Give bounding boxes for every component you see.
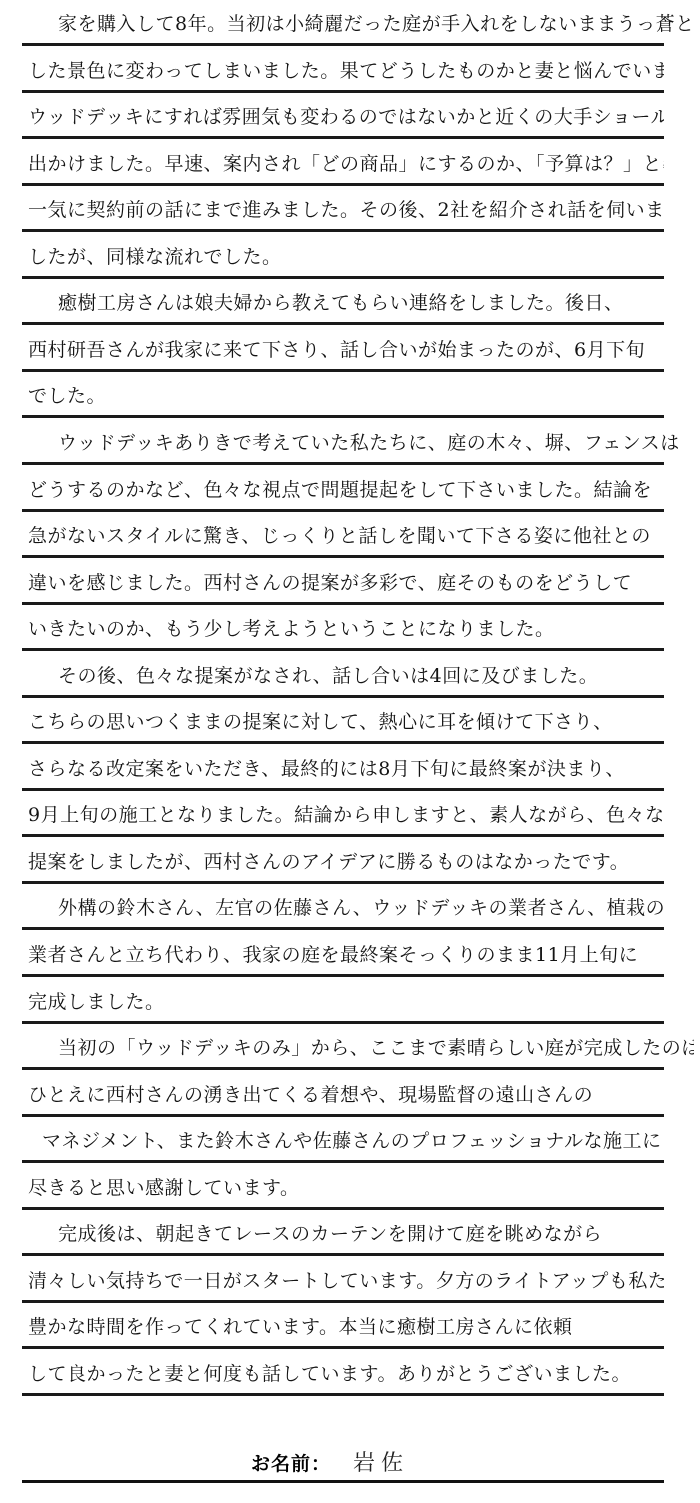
ruled-line [22, 927, 664, 930]
signature-row: お名前： 岩佐 [0, 1440, 700, 1480]
testimonial-sheet: 家を購入して8年。当初は小綺麗だった庭が手入れをしないままうっ蒼とした景色に変わ… [0, 0, 700, 1503]
ruled-line [22, 648, 664, 651]
ruled-line [22, 509, 664, 512]
text-line: して良かったと妻と何度も話しています。ありがとうございました。 [28, 1357, 664, 1391]
text-line: マネジメント、また鈴木さんや佐藤さんのプロフェッショナルな施工に [28, 1124, 678, 1158]
signature-rule [22, 1480, 664, 1483]
text-line: 当初の「ウッドデッキのみ」から、ここまで素晴らしい庭が完成したのは、 [28, 1031, 694, 1065]
text-line: ウッドデッキにすれば雰囲気も変わるのではないかと近くの大手ショールームに [28, 100, 664, 134]
text-line: 清々しい気持ちで一日がスタートしています。夕方のライトアップも私たちに [28, 1264, 664, 1298]
ruled-line [22, 881, 664, 884]
ruled-line [22, 322, 664, 325]
text-line: でした。 [28, 379, 664, 413]
name-label: お名前： [251, 1448, 331, 1480]
ruled-line [22, 415, 664, 418]
ruled-line [22, 369, 664, 372]
text-line: ひとえに西村さんの湧き出てくる着想や、現場監督の遠山さんの [28, 1078, 664, 1112]
ruled-line [22, 136, 664, 139]
ruled-line [22, 555, 664, 558]
text-line: 外構の鈴木さん、左官の佐藤さん、ウッドデッキの業者さん、植栽の [28, 891, 694, 925]
text-line: 業者さんと立ち代わり、我家の庭を最終案そっくりのまま11月上旬に [28, 938, 664, 972]
customer-name: 岩佐 [353, 1448, 409, 1480]
ruled-line [22, 974, 664, 977]
text-line: いきたいのか、もう少し考えようということになりました。 [28, 612, 664, 646]
text-line: その後、色々な提案がなされ、話し合いは4回に及びました。 [28, 659, 694, 693]
text-line: したが、同様な流れでした。 [28, 240, 664, 274]
text-line: 急がないスタイルに驚き、じっくりと話しを聞いて下さる姿に他社との [28, 519, 664, 553]
ruled-line [22, 788, 664, 791]
ruled-line [22, 43, 664, 46]
text-line: 完成しました。 [28, 985, 664, 1019]
ruled-line [22, 1253, 664, 1256]
text-line: 9月上旬の施工となりました。結論から申しますと、素人ながら、色々な [28, 798, 664, 832]
ruled-line [22, 602, 664, 605]
text-line: 一気に契約前の話にまで進みました。その後、2社を紹介され話を伺いま [28, 193, 664, 227]
ruled-line [22, 1160, 664, 1163]
ruled-line [22, 276, 664, 279]
text-line: こちらの思いつくままの提案に対して、熱心に耳を傾けて下さり、 [28, 705, 664, 739]
ruled-line [22, 462, 664, 465]
text-line: した景色に変わってしまいました。果てどうしたものかと妻と悩んでいました。 [28, 54, 664, 88]
text-line: 西村研吾さんが我家に来て下さり、話し合いが始まったのが、6月下旬 [28, 333, 664, 367]
ruled-line [22, 741, 664, 744]
ruled-line [22, 834, 664, 837]
text-line: 尽きると思い感謝しています。 [28, 1171, 664, 1205]
ruled-line [22, 1346, 664, 1349]
ruled-line [22, 1207, 664, 1210]
text-line: ウッドデッキありきで考えていた私たちに、庭の木々、塀、フェンスは [28, 426, 694, 460]
text-line: 癒樹工房さんは娘夫婦から教えてもらい連絡をしました。後日、 [28, 286, 694, 320]
text-line: さらなる改定案をいただき、最終的には8月下旬に最終案が決まり、 [28, 752, 664, 786]
text-line: 違いを感じました。西村さんの提案が多彩で、庭そのものをどうして [28, 566, 664, 600]
text-line: 提案をしましたが、西村さんのアイデアに勝るものはなかったです。 [28, 845, 664, 879]
ruled-line [22, 1067, 664, 1070]
text-line: 豊かな時間を作ってくれています。本当に癒樹工房さんに依頼 [28, 1310, 664, 1344]
ruled-line [22, 695, 664, 698]
ruled-line [22, 1021, 664, 1024]
ruled-line [22, 90, 664, 93]
ruled-line [22, 1393, 664, 1396]
ruled-line [22, 229, 664, 232]
ruled-line [22, 1114, 664, 1117]
ruled-line [22, 183, 664, 186]
text-line: どうするのかなど、色々な視点で問題提起をして下さいました。結論を [28, 473, 664, 507]
text-line: 家を購入して8年。当初は小綺麗だった庭が手入れをしないままうっ蒼と [28, 7, 694, 41]
ruled-line [22, 1300, 664, 1303]
text-line: 出かけました。早速、案内され「どの商品」にするのか、「予算は？」と尋ねられ [28, 147, 664, 181]
text-line: 完成後は、朝起きてレースのカーテンを開けて庭を眺めながら [28, 1217, 694, 1251]
